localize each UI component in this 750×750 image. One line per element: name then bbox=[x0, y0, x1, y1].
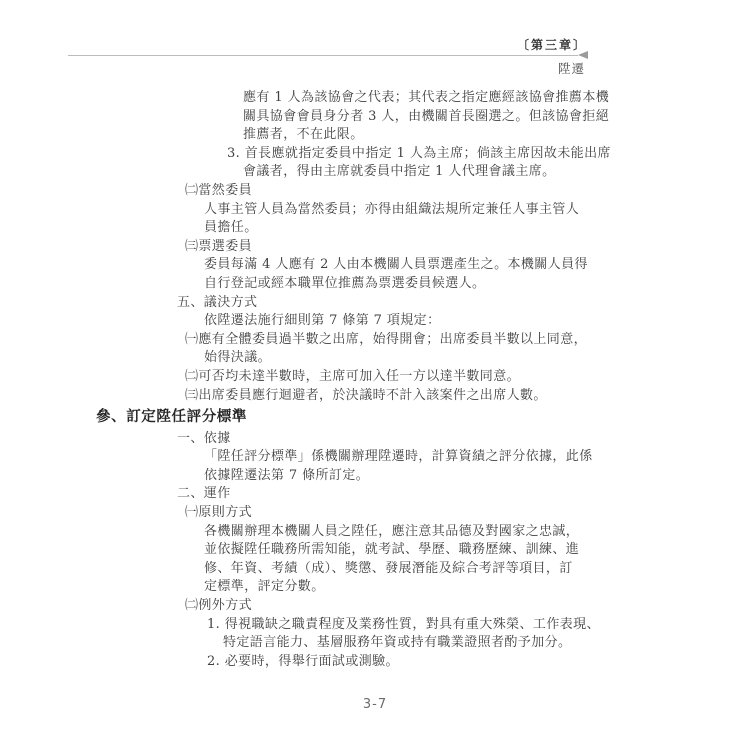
text-line: 1. 得視職缺之職責程度及業務性質，對具有重大殊榮、工作表現、 bbox=[207, 616, 750, 635]
text-line: 委員每滿 4 人應有 2 人由本機關人員票選產生之。本機關人員得 bbox=[204, 256, 750, 275]
text-line: 推薦者，不在此限。 bbox=[243, 126, 750, 145]
text-line: 關具協會會員身分者 3 人，由機關首長圈選之。但該協會拒絕 bbox=[243, 108, 750, 127]
text-line: 定標準，評定分數。 bbox=[204, 578, 750, 597]
section-heading: 參、訂定陞任評分標準 bbox=[96, 408, 750, 427]
text-line: 五、議決方式 bbox=[177, 294, 750, 313]
text-line: 「陞任評分標準」係機關辦理陞遷時，計算資績之評分依據，此係 bbox=[204, 448, 750, 467]
text-line: 各機關辦理本機關人員之陞任，應注意其品德及對國家之忠誠， bbox=[204, 523, 750, 542]
text-line: 2. 必要時，得舉行面試或測驗。 bbox=[207, 653, 750, 672]
text-line: 依陞遷法施行細則第 7 條第 7 項規定： bbox=[204, 312, 750, 331]
text-line: 員擔任。 bbox=[204, 219, 750, 238]
text-line: 並依擬陞任職務所需知能，就考試、學歷、職務歷練、訓練、進 bbox=[204, 541, 750, 560]
body-text: 應有 1 人為該協會之代表；其代表之指定應經該協會推薦本機關具協會會員身分者 3… bbox=[0, 89, 750, 671]
text-line: 依據陞遷法第 7 條所訂定。 bbox=[204, 467, 750, 486]
page: 〔第三章〕 陞遷 應有 1 人為該協會之代表；其代表之指定應經該協會推薦本機關具… bbox=[0, 0, 750, 750]
text-line: ㈡可否均未達半數時，主席可加入任一方以達半數同意。 bbox=[185, 368, 750, 387]
text-line: 特定語言能力、基層服務年資或持有職業證照者酌予加分。 bbox=[223, 634, 750, 653]
text-line: 二、運作 bbox=[177, 485, 750, 504]
text-line: ㈠應有全體委員過半數之出席，始得開會；出席委員半數以上同意， bbox=[185, 331, 750, 350]
text-line: 會議者，得由主席就委員中指定 1 人代理會議主席。 bbox=[243, 163, 750, 182]
text-line: ㈠原則方式 bbox=[185, 504, 750, 523]
text-line: 始得決議。 bbox=[204, 349, 750, 368]
text-line: 自行登記或經本職單位推薦為票選委員候選人。 bbox=[204, 275, 750, 294]
text-line: ㈢出席委員應行迴避者，於決議時不計入該案件之出席人數。 bbox=[185, 387, 750, 406]
page-number: 3-7 bbox=[0, 697, 750, 712]
arrow-left-icon bbox=[578, 51, 588, 59]
text-line: 一、依據 bbox=[177, 430, 750, 449]
text-line: 應有 1 人為該協會之代表；其代表之指定應經該協會推薦本機 bbox=[243, 89, 750, 108]
section-label: 陞遷 bbox=[558, 59, 585, 77]
text-line: 3. 首長應就指定委員中指定 1 人為主席；倘該主席因故未能出席 bbox=[227, 145, 750, 164]
text-line: ㈡當然委員 bbox=[185, 182, 750, 201]
text-line: ㈡例外方式 bbox=[185, 597, 750, 616]
chapter-label: 〔第三章〕 bbox=[517, 36, 587, 53]
text-line: ㈢票選委員 bbox=[185, 238, 750, 257]
header-rule bbox=[68, 55, 578, 56]
text-line: 人事主管人員為當然委員；亦得由組織法規所定兼任人事主管人 bbox=[204, 201, 750, 220]
text-line: 修、年資、考績（成）、獎懲、發展潛能及綜合考評等項目，訂 bbox=[204, 560, 750, 579]
